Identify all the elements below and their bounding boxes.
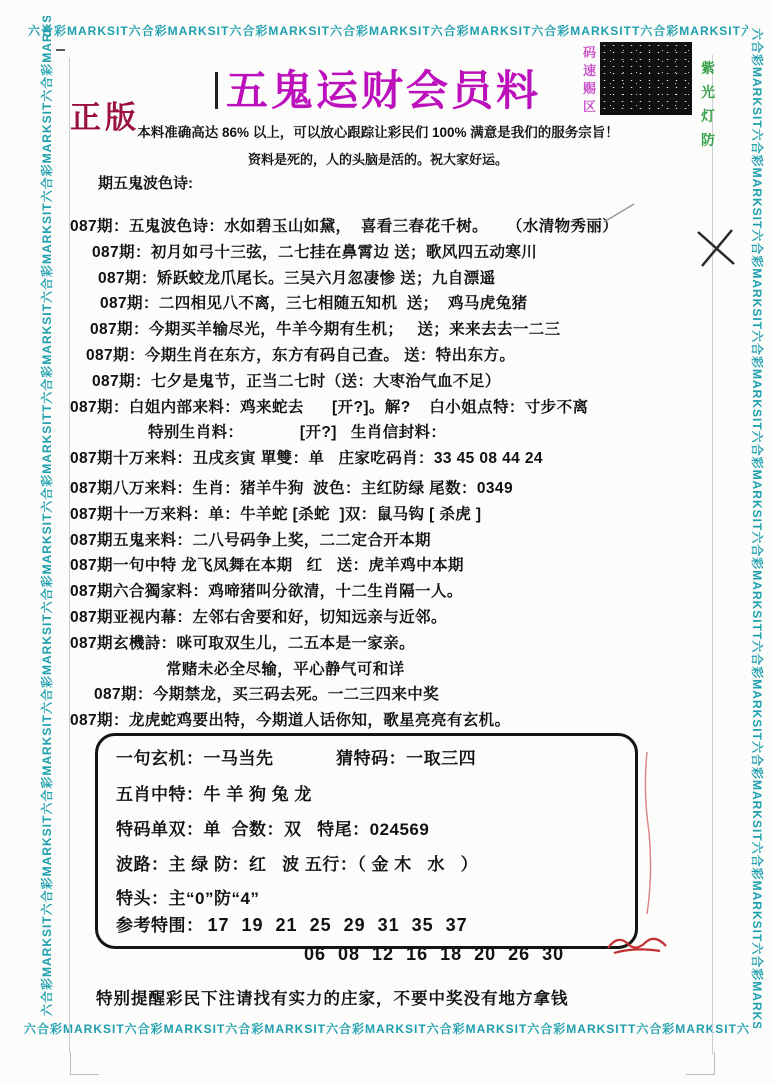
footer-warning: 特别提醒彩民下注请找有实力的庄家，不要中奖没有地方拿钱 (96, 985, 569, 1009)
info-line: 特别生肖料： [开?] 生肖信封料： (148, 420, 708, 446)
info-line: 087期一句中特 龙飞凤舞在本期 红 送：虎羊鸡中本期 (70, 553, 708, 579)
info-line: 087期：今期生肖在东方，东方有码自己查。 送：特出东方。 (86, 343, 708, 369)
border-strip-right: 六合彩MARKSIT六合彩MARKSIT六合彩MARKSIT六合彩MARKSIT… (749, 28, 766, 1028)
reference-numbers-label: 参考特围： (116, 911, 204, 936)
info-line: 087期八万来料：生肖：猪羊牛狗 波色：主红防绿 尾数：0349 (70, 476, 708, 502)
tips-box: 一句玄机：一马当先 猜特码：一取三四 五肖中特：牛 羊 狗 兔 龙 特码单双：单… (95, 733, 638, 949)
info-line: 087期玄機詩：咪可取双生儿，二五本是一家亲。 (70, 631, 708, 657)
box-row-odd-even: 特码单双：单 合数：双 特尾：024569 (116, 815, 635, 840)
info-line: 常赌未必全尽输，平心静气可和详 (166, 657, 708, 683)
anti-fake-label-left: 码速赐区 (583, 44, 596, 116)
info-line: 087期：二四相见八不离，三七相随五知机 送； 鸡马虎兔猪 (100, 291, 708, 317)
info-line: 087期：今期禁龙，买三码去死。一二三四来中奖 (94, 682, 708, 708)
lottery-tip-sheet: 六合彩MARKSIT六合彩MARKSIT六合彩MARKSIT六合彩MARKSIT… (0, 0, 774, 1083)
box-row-five-zodiac: 五肖中特：牛 羊 狗 兔 龙 (116, 780, 635, 805)
frame-line-right (712, 55, 713, 1055)
box-row-special-head: 特头：主“0”防“4” (116, 884, 635, 909)
crop-mark-bottom-left (70, 1052, 99, 1075)
accuracy-claim: 本料准确高达 86% 以上，可以放心跟踪让彩民们 100% 满意是我们的服务宗旨… (88, 121, 668, 141)
reference-numbers-row2: 06 08 12 16 18 20 26 30 (304, 944, 635, 965)
vertical-char: 紫 (701, 56, 715, 80)
vertical-char: 码 (583, 44, 596, 62)
info-line: 087期：初月如弓十三弦，二七挂在鼻霄边 送；歌风四五动寒川 (92, 240, 708, 266)
reference-numbers-row1: 17 19 21 25 29 31 35 37 (208, 915, 468, 936)
info-line: 087期亚视内幕：左邻右舍要和好，切知远亲与近邻。 (70, 605, 708, 631)
vertical-char: 防 (701, 128, 715, 152)
page-title: 五鬼运财会员料 (226, 58, 541, 118)
pen-check-scribble (694, 224, 740, 270)
section-label: 期五鬼波色诗: (98, 172, 193, 193)
vertical-char: 赐 (583, 80, 596, 98)
security-noise-block (600, 42, 692, 115)
box-row-reference-numbers: 参考特围： 17 19 21 25 29 31 35 37 (116, 911, 635, 936)
info-line: 087期六合獨家料：鸡啼猪叫分欲清，十二生肖隔一人。 (70, 579, 708, 605)
vertical-char: 速 (583, 62, 596, 80)
uv-anti-fake-label: 紫光灯防 (701, 56, 715, 152)
vertical-char: 区 (583, 98, 596, 116)
info-line: 087期十一万来料：单：牛羊蛇 [杀蛇 ]双：鼠马钩 [ 杀虎 ] (70, 502, 708, 528)
border-strip-top: 六合彩MARKSIT六合彩MARKSIT六合彩MARKSIT六合彩MARKSIT… (28, 22, 748, 38)
crop-mark-bottom-right (686, 1052, 715, 1075)
red-pen-edge-mark (640, 748, 654, 918)
red-pen-scribble (604, 920, 670, 958)
pencil-mark (600, 200, 640, 226)
vertical-char: 灯 (701, 104, 715, 128)
info-line: 087期：七夕是鬼节，正当二七时（送：大枣治气血不足） (92, 369, 708, 395)
info-line: 087期：龙虎蛇鸡要出特，今期道人话你知，歌星亮亮有玄机。 (70, 708, 708, 734)
crop-mark-top-left (56, 49, 65, 51)
info-lines: 087期：五鬼波色诗：水如碧玉山如黛， 喜看三春花千树。 （水清物秀丽）087期… (68, 214, 708, 734)
info-line: 087期十万来料：丑戌亥寅 單雙：单 庄家吃码肖：33 45 08 44 24 (70, 446, 708, 472)
info-line: 087期：今期买羊输尽光，牛羊今期有生机； 送；来来去去一二三 (90, 317, 708, 343)
title-divider-bar (215, 72, 218, 109)
vertical-char: 光 (701, 80, 715, 104)
info-line: 087期：矫跃蛟龙爪尾长。三吴六月忽凄惨 送；九自漂遥 (98, 266, 708, 292)
box-row-wave-path: 波路：主 绿 防：红 波 五行：（ 金 木 水 ） (116, 850, 635, 875)
box-row-xuanji: 一句玄机：一马当先 猜特码：一取三四 (116, 744, 635, 769)
border-strip-left: 六合彩MARKSIT六合彩MARKSIT六合彩MARKSIT六合彩MARKSIT… (38, 16, 55, 1016)
info-line: 087期五鬼来料：二八号码争上奖，二二定合开本期 (70, 528, 708, 554)
border-strip-bottom: 六合彩MARKSIT六合彩MARKSIT六合彩MARKSIT六合彩MARKSIT… (24, 1020, 750, 1036)
info-line: 087期：白姐内部来料：鸡来蛇去 [开?]。解? 白小姐点特：寸步不离 (70, 395, 708, 421)
motto-line: 资料是死的，人的头脑是活的。祝大家好运。 (88, 149, 668, 168)
